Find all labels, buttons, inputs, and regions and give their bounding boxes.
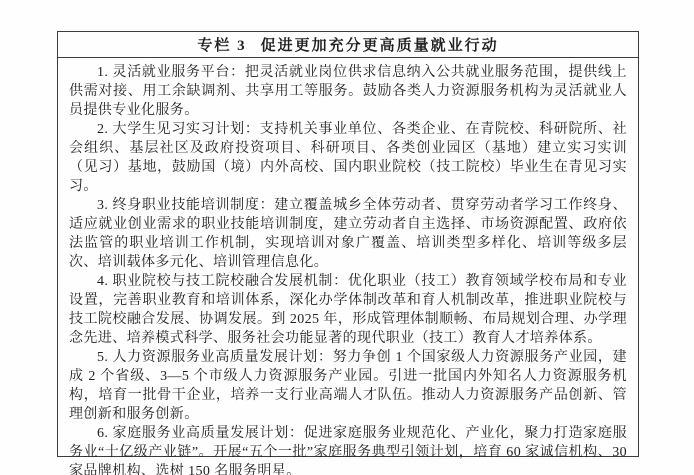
- panel-paragraph-5: 5. 人力资源服务业高质量发展计划：努力争创 1 个国家级人力资源服务产业园，建…: [69, 348, 627, 424]
- panel-title-label: 专栏 3: [197, 34, 246, 55]
- document-page: 专栏 3 促进更加充分更高质量就业行动 1. 灵活就业服务平台：把灵活就业岗位供…: [0, 0, 694, 475]
- panel-paragraph-6: 6. 家庭服务业高质量发展计划：促进家庭服务业规范化、产业化，聚力打造家庭服务业…: [69, 424, 627, 475]
- panel-paragraph-1: 1. 灵活就业服务平台：把灵活就业岗位供求信息纳入公共就业服务范围，提供线上供需…: [69, 63, 627, 120]
- panel-title-text: 促进更加充分更高质量就业行动: [261, 34, 499, 55]
- panel-paragraph-3: 3. 终身职业技能培训制度：建立覆盖城乡全体劳动者、贯穿劳动者学习工作终身、适应…: [69, 196, 627, 272]
- panel-body: 1. 灵活就业服务平台：把灵活就业岗位供求信息纳入公共就业服务范围，提供线上供需…: [58, 58, 638, 475]
- column-panel: 专栏 3 促进更加充分更高质量就业行动 1. 灵活就业服务平台：把灵活就业岗位供…: [57, 31, 639, 457]
- panel-paragraph-4: 4. 职业院校与技工院校融合发展机制：优化职业（技工）教育领域学校布局和专业设置…: [69, 272, 627, 348]
- panel-title-row: 专栏 3 促进更加充分更高质量就业行动: [58, 32, 638, 58]
- panel-paragraph-2: 2. 大学生见习实习计划：支持机关事业单位、各类企业、在青院校、科研院所、社会组…: [69, 120, 627, 196]
